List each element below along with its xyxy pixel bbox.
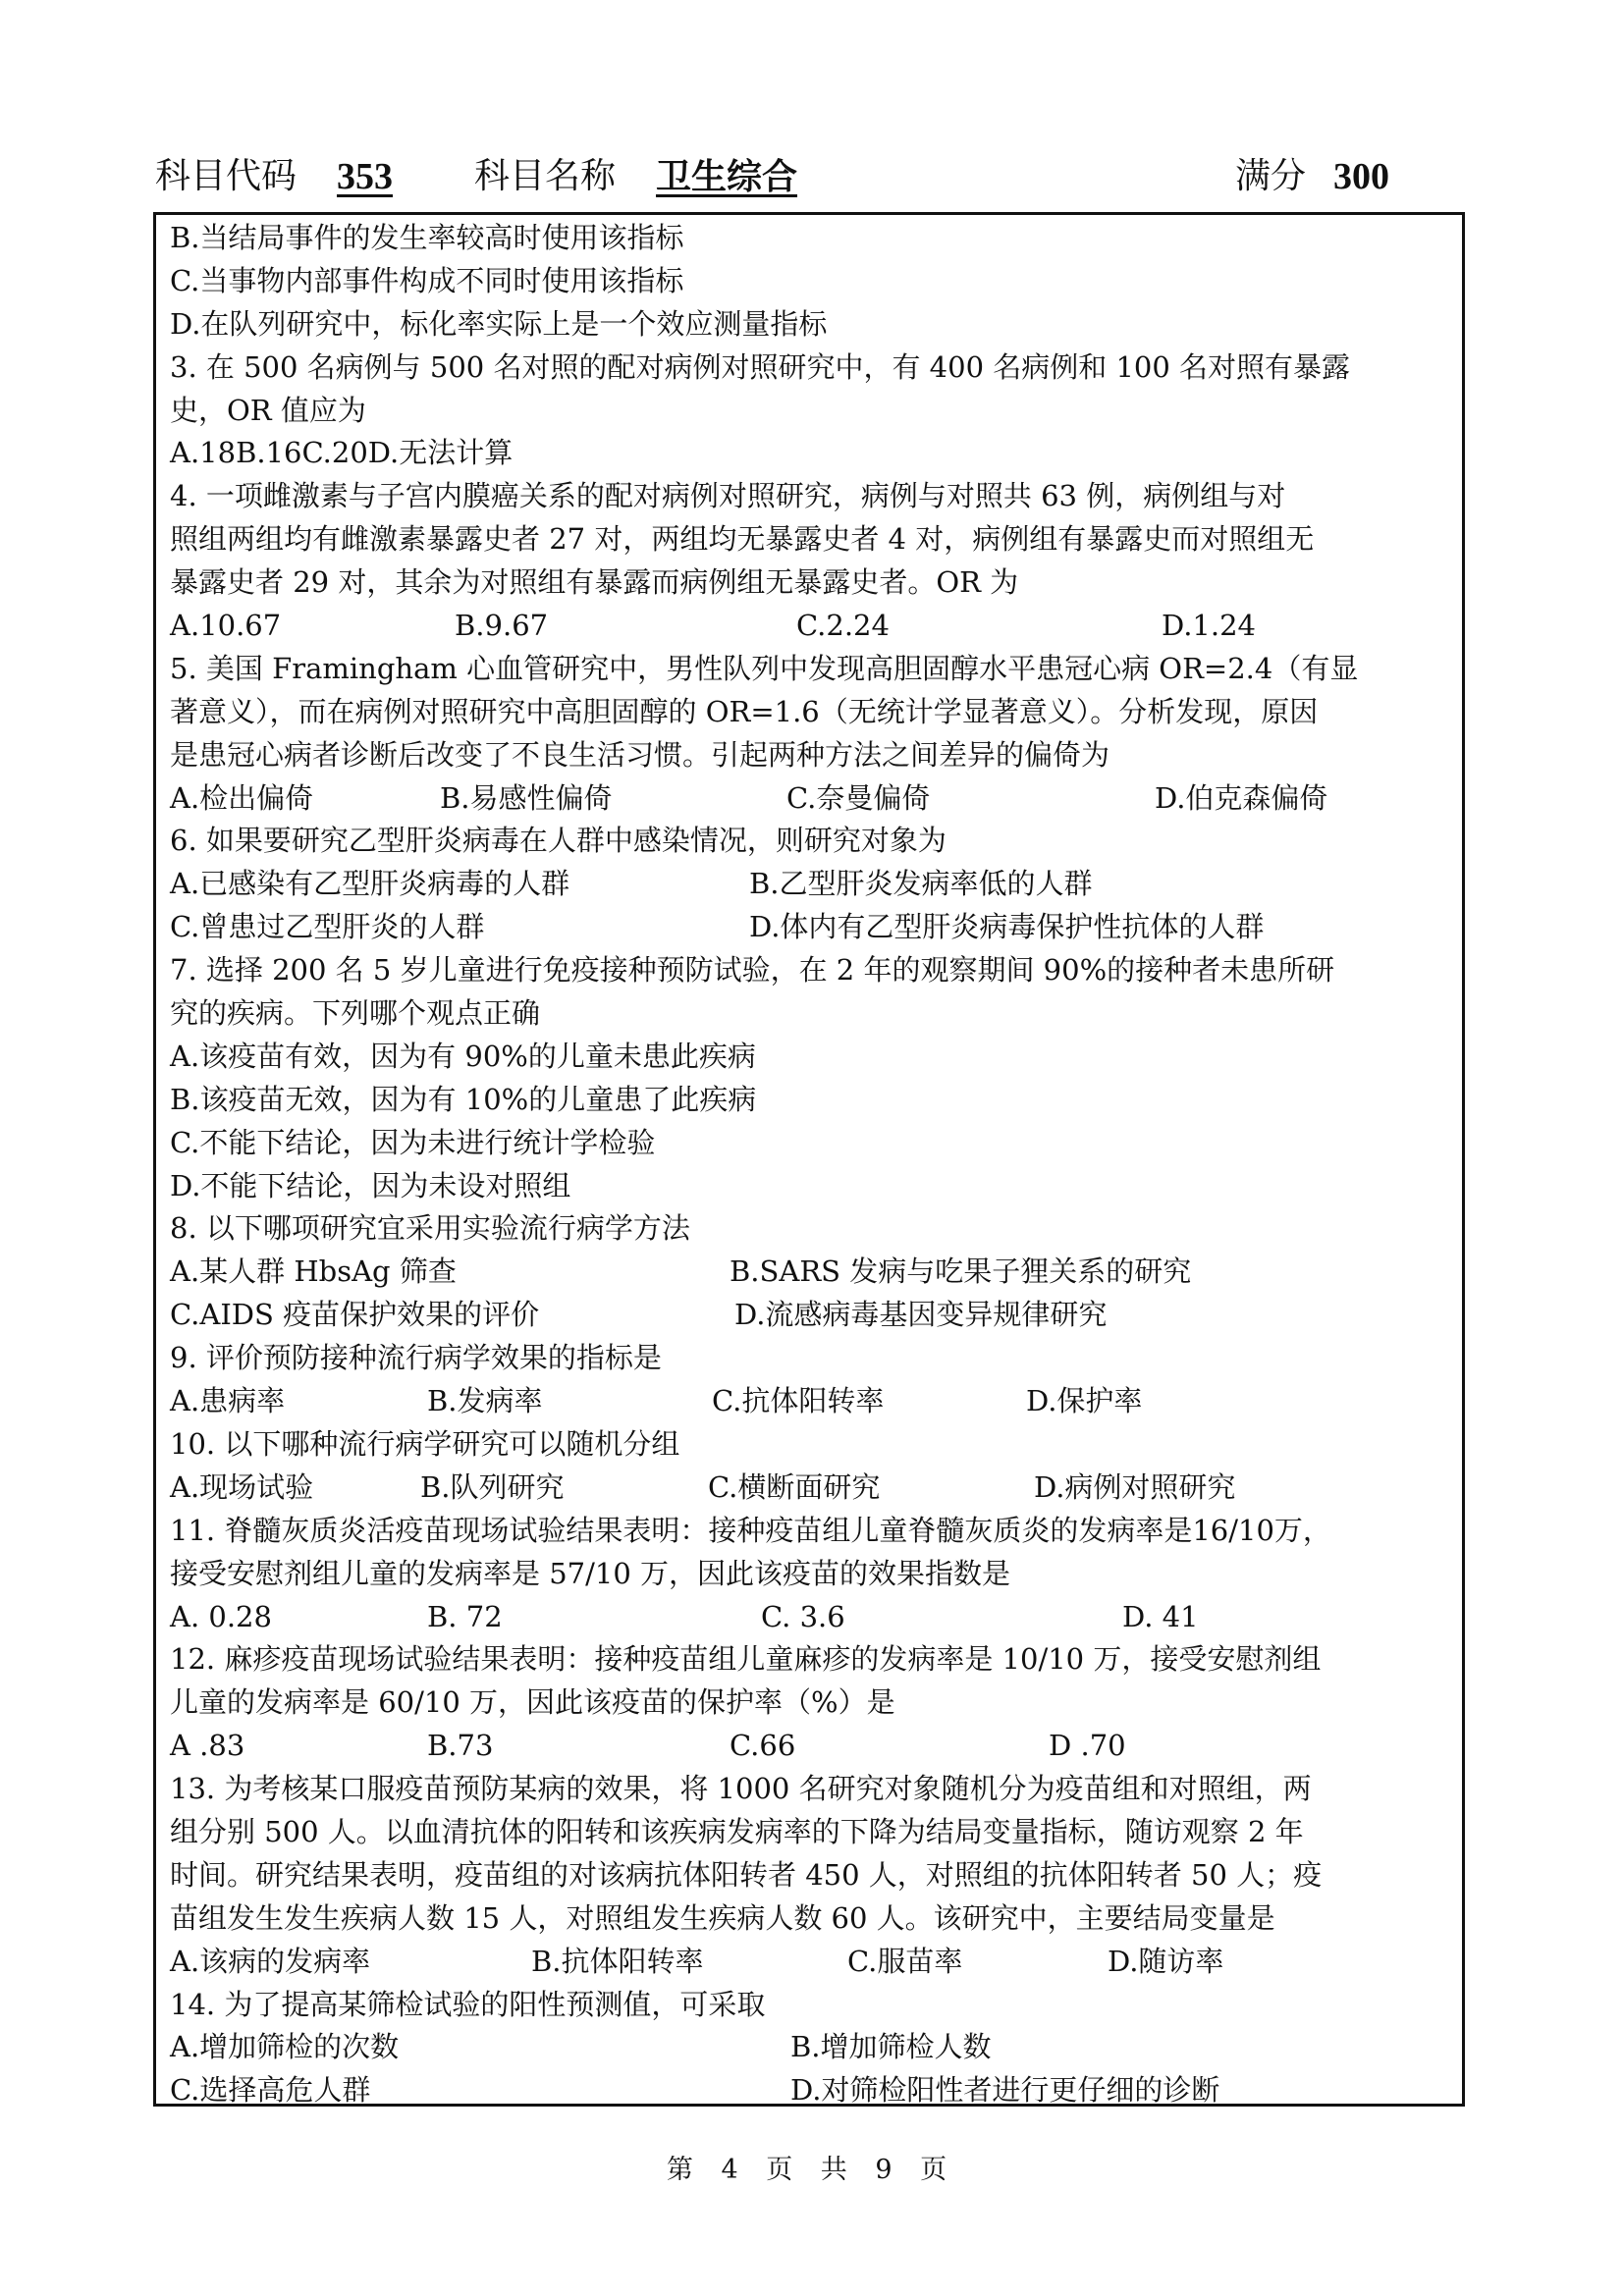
question-5-options: A.检出偏倚 B.易感性偏倚 C.奈曼偏倚 D.伯克森偏倚 [170,777,1452,821]
full-score-label: 满分 [1235,147,1306,206]
question-7-stem: 究的疾病。下列哪个观点正确 [170,992,1452,1036]
option-a: A .83 [170,1725,244,1768]
question-11-stem: 接受安慰剂组儿童的发病率是 57/10 万，因此该疫苗的效果指数是 [170,1553,1452,1596]
question-9-options: A.患病率 B.发病率 C.抗体阳转率 D.保护率 [170,1380,1452,1423]
subject-name: 卫生综合 [656,147,797,206]
option-d: D.病例对照研究 [1034,1467,1235,1510]
option-c: C.服苗率 [847,1941,962,1984]
question-6-options: A.已感染有乙型肝炎病毒的人群 B.乙型肝炎发病率低的人群 [170,863,1452,906]
question-3-stem: 史，OR 值应为 [170,390,1452,433]
carryover-option: C.当事物内部事件构成不同时使用该指标 [170,260,1452,303]
question-13-stem: 时间。研究结果表明，疫苗组的对该病抗体阳转者 450 人，对照组的抗体阳转者 5… [170,1854,1452,1897]
question-8-stem: 8. 以下哪项研究宜采用实验流行病学方法 [170,1207,1452,1251]
option-c: C.不能下结论，因为未进行统计学检验 [170,1122,1452,1165]
option-d: D.伯克森偏倚 [1155,777,1327,821]
question-4-stem: 照组两组均有雌激素暴露史者 27 对，两组均无暴露史者 4 对，病例组有暴露史而… [170,518,1452,561]
option-c: C.66 [730,1725,795,1768]
option-c: C.选择高危人群 [170,2069,370,2112]
option-c: C.曾患过乙型肝炎的人群 [170,906,484,949]
question-4-stem: 暴露史者 29 对，其余为对照组有暴露而病例组无暴露史者。OR 为 [170,561,1452,605]
option-b: B.队列研究 [420,1467,565,1510]
question-9-stem: 9. 评价预防接种流行病学效果的指标是 [170,1337,1452,1380]
option-b: B.增加筛检人数 [790,2026,992,2069]
question-8-options: C.AIDS 疫苗保护效果的评价 D.流感病毒基因变异规律研究 [170,1294,1452,1337]
question-4-stem: 4. 一项雌激素与子宫内膜癌关系的配对病例对照研究，病例与对照共 63 例，病例… [170,475,1452,518]
subject-code-label: 科目代码 [155,147,297,206]
question-14-options: A.增加筛检的次数 B.增加筛检人数 [170,2026,1452,2069]
option-a: A.该病的发病率 [170,1941,370,1984]
subject-code: 353 [337,147,393,206]
question-12-stem: 12. 麻疹疫苗现场试验结果表明：接种疫苗组儿童麻疹的发病率是 10/10 万，… [170,1638,1452,1682]
question-12-options: A .83 B.73 C.66 D .70 [170,1725,1452,1768]
option-b: B.发病率 [427,1380,543,1423]
option-a: A.10.67 [170,605,281,648]
option-b: B.该疫苗无效，因为有 10%的儿童患了此疾病 [170,1079,1452,1122]
option-d: D.随访率 [1108,1941,1223,1984]
option-b: B.易感性偏倚 [440,777,613,821]
option-d: D.1.24 [1162,605,1256,648]
question-3-stem: 3. 在 500 名病例与 500 名对照的配对病例对照研究中，有 400 名病… [170,347,1452,390]
question-4-options: A.10.67 B.9.67 C.2.24 D.1.24 [170,605,1452,648]
carryover-option: B.当结局事件的发生率较高时使用该指标 [170,217,1452,260]
option-a: A.增加筛检的次数 [170,2026,399,2069]
question-3-options: A.18B.16C.20D.无法计算 [170,432,1452,475]
subject-name-label: 科目名称 [474,147,616,206]
page-number: 第 4 页 共 9 页 [0,2148,1623,2186]
question-11-stem: 11. 脊髓灰质炎活疫苗现场试验结果表明：接种疫苗组儿童脊髓灰质炎的发病率是16… [170,1510,1452,1553]
full-score: 300 [1333,147,1389,206]
option-a: A.某人群 HbsAg 筛查 [170,1251,457,1294]
question-13-stem: 组分别 500 人。以血清抗体的阳转和该疾病发病率的下降为结局变量指标，随访观察… [170,1811,1452,1854]
question-5-stem: 著意义），而在病例对照研究中高胆固醇的 OR=1.6（无统计学显著意义）。分析发… [170,691,1452,734]
option-d: D.保护率 [1026,1380,1142,1423]
option-c: C.2.24 [796,605,890,648]
option-b: B.抗体阳转率 [531,1941,704,1984]
question-5-stem: 是患冠心病者诊断后改变了不良生活习惯。引起两种方法之间差异的偏倚为 [170,734,1452,777]
option-d: D.不能下结论，因为未设对照组 [170,1165,1452,1208]
option-b: B.乙型肝炎发病率低的人群 [749,863,1093,906]
option-b: B.9.67 [455,605,548,648]
question-6-stem: 6. 如果要研究乙型肝炎病毒在人群中感染情况，则研究对象为 [170,820,1452,863]
question-10-options: A.现场试验 B.队列研究 C.横断面研究 D.病例对照研究 [170,1467,1452,1510]
question-box: B.当结局事件的发生率较高时使用该指标 C.当事物内部事件构成不同时使用该指标 … [153,212,1465,2107]
option-d: D.对筛检阳性者进行更仔细的诊断 [790,2069,1219,2112]
option-a: A.该疫苗有效，因为有 90%的儿童未患此疾病 [170,1036,1452,1079]
question-7-stem: 7. 选择 200 名 5 岁儿童进行免疫接种预防试验，在 2 年的观察期间 9… [170,949,1452,992]
question-13-stem: 苗组发生发生疾病人数 15 人，对照组发生疾病人数 60 人。该研究中，主要结局… [170,1897,1452,1941]
option-d: D.体内有乙型肝炎病毒保护性抗体的人群 [749,906,1264,949]
option-b: B.SARS 发病与吃果子狸关系的研究 [730,1251,1191,1294]
carryover-option: D.在队列研究中，标化率实际上是一个效应测量指标 [170,303,1452,347]
option-a: A.已感染有乙型肝炎病毒的人群 [170,863,569,906]
question-6-options: C.曾患过乙型肝炎的人群 D.体内有乙型肝炎病毒保护性抗体的人群 [170,906,1452,949]
question-5-stem: 5. 美国 Framingham 心血管研究中，男性队列中发现高胆固醇水平患冠心… [170,648,1452,691]
option-a: A.患病率 [170,1380,285,1423]
option-d: D. 41 [1122,1596,1199,1639]
option-a: A.现场试验 [170,1467,313,1510]
question-8-options: A.某人群 HbsAg 筛查 B.SARS 发病与吃果子狸关系的研究 [170,1251,1452,1294]
question-13-options: A.该病的发病率 B.抗体阳转率 C.服苗率 D.随访率 [170,1941,1452,1984]
option-c: C.AIDS 疫苗保护效果的评价 [170,1294,539,1337]
option-d: D.流感病毒基因变异规律研究 [734,1294,1107,1337]
question-13-stem: 13. 为考核某口服疫苗预防某病的效果，将 1000 名研究对象随机分为疫苗组和… [170,1768,1452,1811]
question-10-stem: 10. 以下哪种流行病学研究可以随机分组 [170,1423,1452,1467]
option-c: C.奈曼偏倚 [786,777,930,821]
question-content: B.当结局事件的发生率较高时使用该指标 C.当事物内部事件构成不同时使用该指标 … [170,217,1452,2112]
option-b: B. 72 [427,1596,503,1639]
option-a: A.检出偏倚 [170,777,313,821]
question-14-options: C.选择高危人群 D.对筛检阳性者进行更仔细的诊断 [170,2069,1452,2112]
option-b: B.73 [427,1725,493,1768]
option-a: A. 0.28 [170,1596,272,1639]
exam-header: 科目代码 353 科目名称 卫生综合 满分 300 [155,147,1471,206]
question-14-stem: 14. 为了提高某筛检试验的阳性预测值，可采取 [170,1984,1452,2027]
option-d: D .70 [1049,1725,1126,1768]
option-c: C.横断面研究 [708,1467,880,1510]
option-c: C. 3.6 [761,1596,845,1639]
question-11-options: A. 0.28 B. 72 C. 3.6 D. 41 [170,1596,1452,1639]
option-c: C.抗体阳转率 [712,1380,884,1423]
question-12-stem: 儿童的发病率是 60/10 万，因此该疫苗的保护率（%）是 [170,1682,1452,1725]
